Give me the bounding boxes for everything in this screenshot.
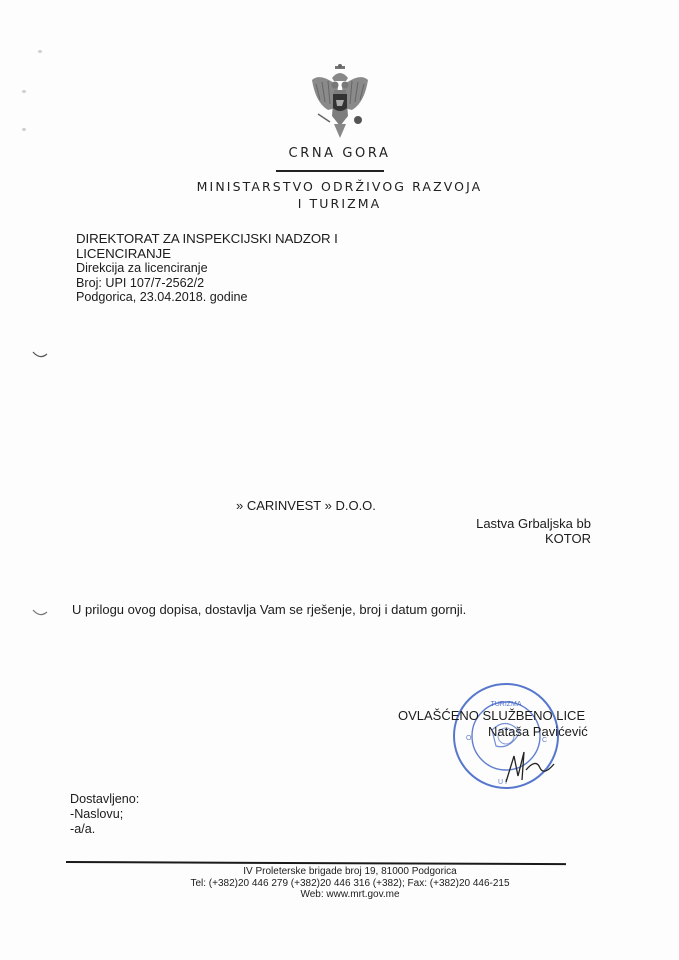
sender-block: DIREKTORAT ZA INSPEKCIJSKI NADZOR I LICE…	[76, 232, 338, 305]
handwritten-signature-icon	[500, 746, 560, 786]
reference-number: Broj: UPI 107/7-2562/2	[76, 276, 338, 291]
department-line-1: DIREKTORAT ZA INSPEKCIJSKI NADZOR I	[76, 232, 338, 247]
recipient-name: » CARINVEST » D.O.O.	[236, 498, 376, 513]
signatory-title: OVLAŠĆENO SLUŽBENO LICE	[398, 708, 585, 723]
recipient-address-line-2: KOTOR	[476, 531, 591, 546]
scan-speck	[38, 50, 42, 53]
distribution-list: Dostavljeno: -Naslovu; -a/a.	[70, 792, 139, 837]
punch-hole-mark	[32, 346, 48, 354]
distribution-label: Dostavljeno:	[70, 792, 139, 807]
footer-phone-fax: Tel: (+382)20 446 279 (+382)20 446 316 (…	[150, 878, 550, 890]
department-line-2: LICENCIRANJE	[76, 247, 338, 262]
signatory-name: Nataša Pavićević	[488, 724, 588, 739]
ministry-line-1: MINISTARSTVO ODRŽIVOG RAZVOJA	[0, 178, 679, 195]
place-date: Podgorica, 23.04.2018. godine	[76, 290, 338, 305]
letter-body: U prilogu ovog dopisa, dostavlja Vam se …	[72, 602, 466, 617]
svg-text:O: O	[466, 735, 472, 742]
scan-speck	[22, 90, 26, 93]
recipient-address: Lastva Grbaljska bb KOTOR	[476, 516, 591, 546]
footer-contact: IV Proleterske brigade broj 19, 81000 Po…	[150, 866, 550, 901]
montenegro-coat-of-arms-icon	[308, 64, 372, 140]
recipient-address-line-1: Lastva Grbaljska bb	[476, 516, 591, 531]
country-name: CRNA GORA	[0, 146, 679, 161]
ministry-line-2: I TURIZMA	[0, 195, 679, 212]
letterhead-divider	[276, 170, 384, 172]
scan-speck	[22, 128, 26, 131]
ministry-name: MINISTARSTVO ODRŽIVOG RAZVOJA I TURIZMA	[0, 178, 679, 212]
distribution-item: -Naslovu;	[70, 807, 139, 822]
punch-hole-mark	[32, 604, 48, 612]
footer-address: IV Proleterske brigade broj 19, 81000 Po…	[150, 866, 550, 878]
svg-text:TURIZMA: TURIZMA	[490, 701, 521, 708]
footer-website: Web: www.mrt.gov.me	[150, 889, 550, 901]
distribution-item: -a/a.	[70, 822, 139, 837]
footer-divider	[66, 861, 566, 865]
directorate: Direkcija za licenciranje	[76, 261, 338, 276]
